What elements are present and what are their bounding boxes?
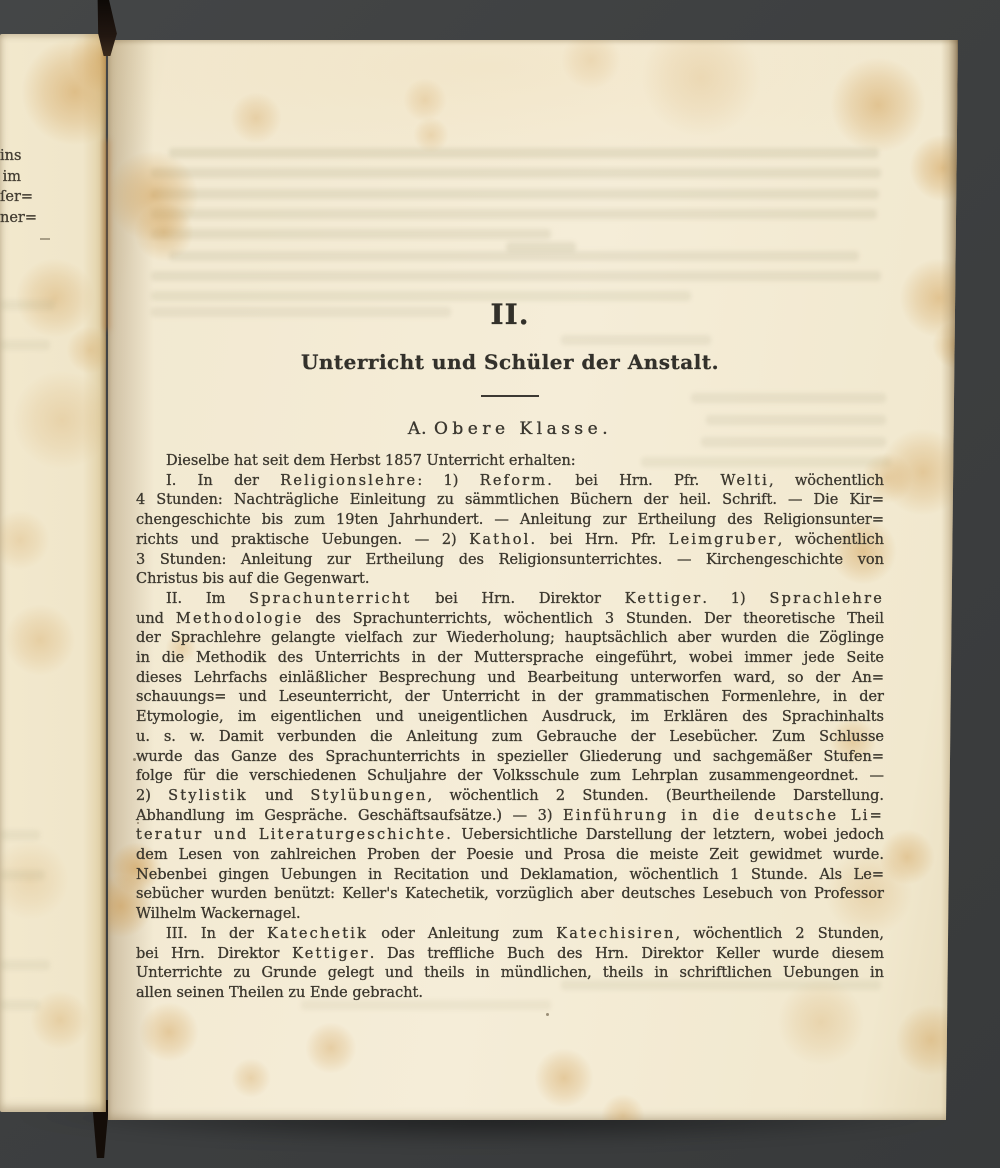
left-page: insimſer=ner= bbox=[0, 34, 106, 1112]
page-content: II. Unterricht und Schüler der Anstalt. … bbox=[136, 40, 884, 1004]
text-line: wurde das Ganze des Sprachunterrichts in… bbox=[136, 748, 884, 768]
text-line: der Sprachlehre gelangte vielfach zur Wi… bbox=[136, 629, 884, 649]
foxing-spot bbox=[139, 1002, 199, 1062]
text-line: I. In der Religionslehre: 1) Reform. bei… bbox=[136, 472, 884, 492]
text-line: chengeschichte bis zum 19ten Jahrhundert… bbox=[136, 511, 884, 531]
foxing-spot bbox=[899, 258, 958, 338]
text-line: schauungs= und Leseunterricht, der Unter… bbox=[136, 688, 884, 708]
left-page-fragment: ner= bbox=[0, 208, 21, 229]
gutter-crease bbox=[103, 140, 110, 330]
ghost-showthrough-line bbox=[0, 300, 55, 310]
emphasized-text: Kettiger bbox=[292, 946, 370, 962]
text-line: 4 Stunden: Nachträgliche Einleitung zu s… bbox=[136, 491, 884, 511]
left-page-fragment: im bbox=[0, 167, 21, 188]
text-line: Etymologie, im eigentlichen und uneigent… bbox=[136, 708, 884, 728]
section-divider-rule bbox=[481, 395, 539, 397]
text-line: Unterrichte zu Grunde gelegt und theils … bbox=[136, 964, 884, 984]
section-heading: A. Obere Klasse. bbox=[136, 419, 884, 439]
text-line: dem Lesen von zahlreichen Proben der Poe… bbox=[136, 846, 884, 866]
emphasized-text: Welti bbox=[721, 473, 769, 489]
text-line: II. Im Sprachunterricht bei Hrn. Direkto… bbox=[136, 590, 884, 610]
emphasized-text: Sprachlehre bbox=[769, 591, 884, 607]
foxing-spot bbox=[30, 990, 90, 1050]
emphasized-text: Leimgruber bbox=[669, 532, 778, 548]
left-page-mark bbox=[40, 238, 50, 240]
emphasized-text: Kathol. bbox=[469, 532, 537, 548]
text-line: und Methodologie des Sprachunterrichts, … bbox=[136, 610, 884, 630]
foxing-spot bbox=[534, 1048, 594, 1108]
foxing-spot bbox=[895, 1004, 958, 1076]
foxing-spot bbox=[231, 1058, 271, 1098]
emphasized-text: Sprachunterricht bbox=[249, 591, 411, 607]
left-page-fragments: insimſer=ner= bbox=[0, 146, 21, 228]
ghost-showthrough-line bbox=[0, 960, 50, 970]
text-line: 3 Stunden: Anleitung zur Ertheilung des … bbox=[136, 551, 884, 571]
ghost-showthrough-line bbox=[0, 1000, 40, 1010]
ghost-showthrough-line bbox=[0, 870, 45, 880]
emphasized-text: Stylistik bbox=[168, 788, 248, 804]
emphasized-text: Katechetik bbox=[267, 926, 368, 942]
paragraph: Dieselbe hat seit dem Herbst 1857 Unterr… bbox=[136, 452, 884, 472]
emphasized-text: Religionslehre bbox=[280, 473, 417, 489]
emphasized-text: Kettiger bbox=[625, 591, 703, 607]
emphasized-text: Obere Klasse. bbox=[434, 419, 612, 439]
text-line: Nebenbei gingen Uebungen in Recitation u… bbox=[136, 866, 884, 886]
ghost-showthrough-line bbox=[0, 830, 40, 840]
text-line: III. In der Katechetik oder Anleitung zu… bbox=[136, 925, 884, 945]
emphasized-text: teratur und Literaturgeschichte. bbox=[136, 827, 453, 843]
text-line: Dieselbe hat seit dem Herbst 1857 Unterr… bbox=[136, 452, 884, 472]
paper-speck bbox=[546, 1013, 549, 1016]
emphasized-text: Stylübungen bbox=[310, 788, 427, 804]
text-line: sebücher wurden benützt: Keller's Katech… bbox=[136, 885, 884, 905]
left-page-fragment: ſer= bbox=[0, 187, 21, 208]
chapter-title: Unterricht und Schüler der Anstalt. bbox=[136, 351, 884, 374]
foxing-spot bbox=[4, 604, 76, 676]
body-text: Dieselbe hat seit dem Herbst 1857 Unterr… bbox=[136, 452, 884, 1004]
foxing-spot bbox=[601, 1094, 645, 1120]
foxing-spot bbox=[0, 510, 50, 570]
emphasized-text: Methodologie bbox=[176, 611, 304, 627]
emphasized-text: Reform. bbox=[480, 473, 554, 489]
text-line: u. s. w. Damit verbunden die Anleitung z… bbox=[136, 728, 884, 748]
ghost-showthrough-line bbox=[0, 340, 50, 350]
text-line: Abhandlung im Gespräche. Geschäftsaufsät… bbox=[136, 807, 884, 827]
text-line: folge für die verschiedenen Schuljahre d… bbox=[136, 767, 884, 787]
text-line: bei Hrn. Direktor Kettiger. Das trefflic… bbox=[136, 945, 884, 965]
foxing-spot bbox=[66, 326, 106, 374]
text-line: Wilhelm Wackernagel. bbox=[136, 905, 884, 925]
paragraph: I. In der Religionslehre: 1) Reform. bei… bbox=[136, 472, 884, 590]
text-line: richts und praktische Uebungen. — 2) Kat… bbox=[136, 531, 884, 551]
text-line: in die Methodik des Unterrichts in der M… bbox=[136, 649, 884, 669]
left-page-fragment: ins bbox=[0, 146, 21, 167]
book-page: II. Unterricht und Schüler der Anstalt. … bbox=[108, 40, 958, 1120]
foxing-spot bbox=[305, 1022, 357, 1074]
text-line: 2) Stylistik und Stylübungen, wöchentlic… bbox=[136, 787, 884, 807]
foxing-spot bbox=[0, 840, 70, 920]
text-line: dieses Lehrfachs einläßlicher Besprechun… bbox=[136, 669, 884, 689]
paragraph: II. Im Sprachunterricht bei Hrn. Direkto… bbox=[136, 590, 884, 925]
paragraph: III. In der Katechetik oder Anleitung zu… bbox=[136, 925, 884, 1004]
text-line: Christus bis auf die Gegenwart. bbox=[136, 570, 884, 590]
emphasized-text: Einführung in die deutsche Li= bbox=[563, 808, 884, 824]
emphasized-text: Katechisiren bbox=[556, 926, 675, 942]
text-line: teratur und Literaturgeschichte. Uebersi… bbox=[136, 826, 884, 846]
foxing-spot bbox=[12, 370, 106, 470]
text-line: allen seinen Theilen zu Ende gebracht. bbox=[136, 984, 884, 1004]
chapter-number: II. bbox=[136, 298, 884, 331]
